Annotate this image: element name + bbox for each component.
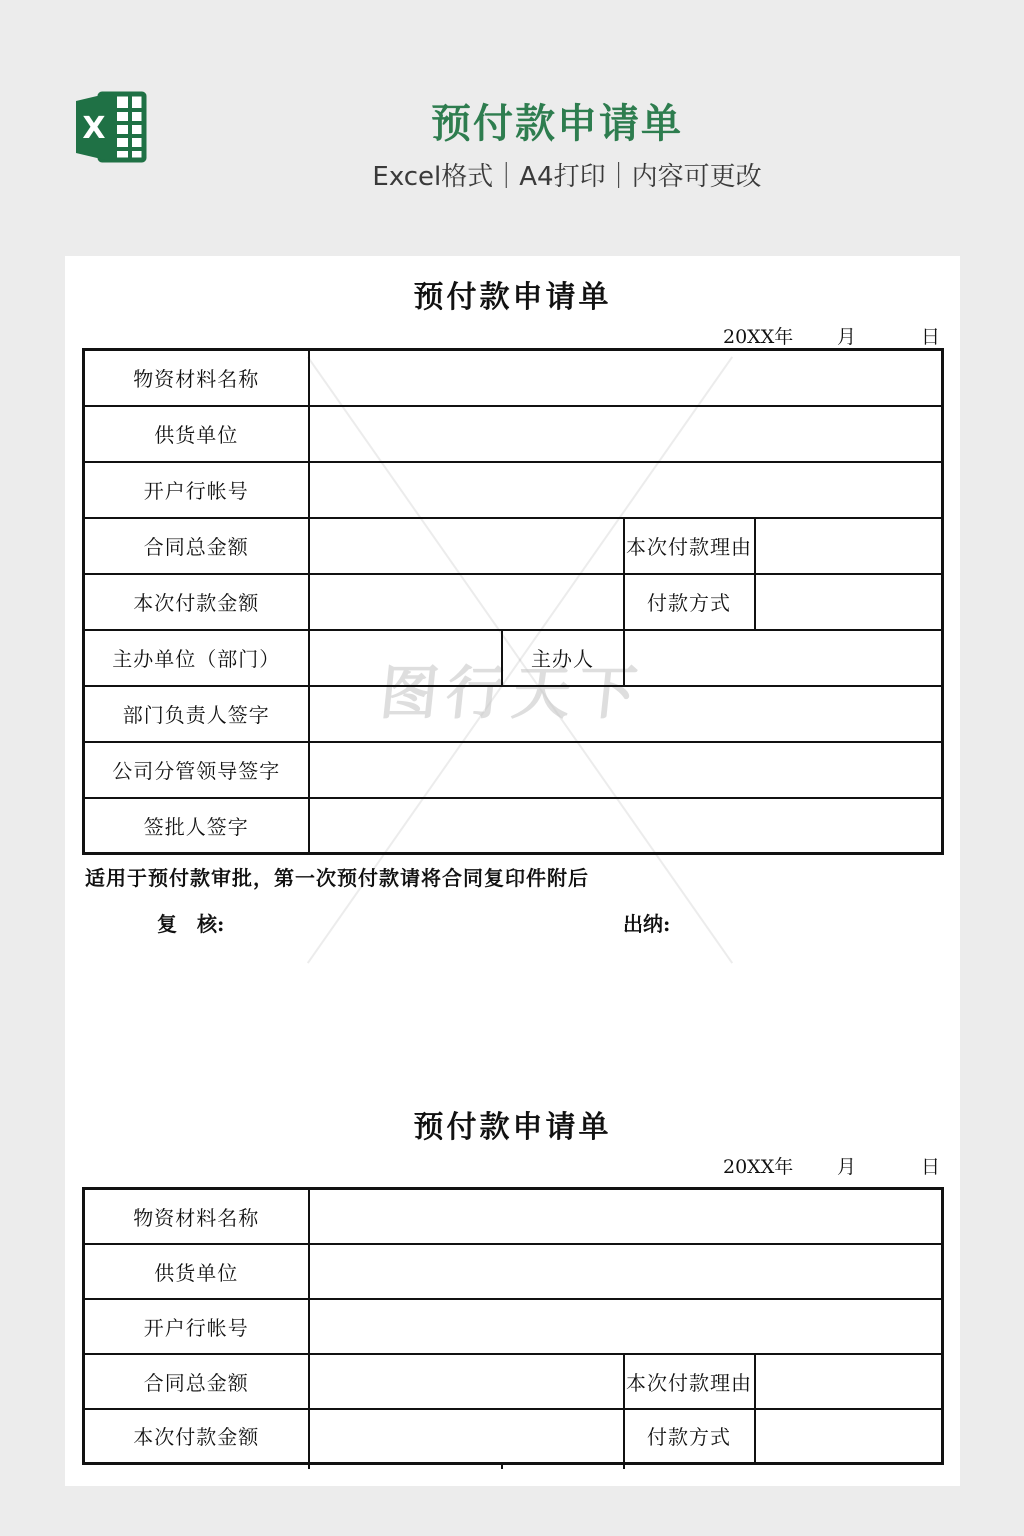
date-year: 20XX年 <box>723 322 793 349</box>
row-label-secondary: 主办人 <box>502 630 624 686</box>
value-cell <box>309 574 624 630</box>
table-row: 开户行帐号 <box>84 1299 943 1354</box>
form-title: 预付款申请单 <box>65 272 960 316</box>
cutoff-row-divider <box>308 1465 310 1469</box>
row-label: 主办单位（部门） <box>84 630 309 686</box>
date-month: 月 <box>837 322 856 349</box>
row-label: 签批人签字 <box>84 798 309 854</box>
table-row: 本次付款金额 付款方式 <box>84 574 943 630</box>
cutoff-row-divider <box>623 1465 625 1469</box>
row-label-secondary: 付款方式 <box>624 1409 755 1464</box>
table-row: 主办单位（部门） 主办人 <box>84 630 943 686</box>
row-label: 公司分管领导签字 <box>84 742 309 798</box>
value-cell <box>309 518 624 574</box>
row-label: 物资材料名称 <box>84 350 309 406</box>
row-label: 部门负责人签字 <box>84 686 309 742</box>
row-label-secondary: 本次付款理由 <box>624 1354 755 1409</box>
row-label: 本次付款金额 <box>84 574 309 630</box>
payment-form-table: 物资材料名称 供货单位 开户行帐号 合同总金额 本次付款理由 本次付款金额 付款… <box>82 348 944 855</box>
date-day: 日 <box>921 322 940 349</box>
row-label: 本次付款金额 <box>84 1409 309 1464</box>
date-month: 月 <box>837 1152 856 1179</box>
table-row: 物资材料名称 <box>84 350 943 406</box>
value-cell <box>309 406 943 462</box>
table-row: 合同总金额 本次付款理由 <box>84 518 943 574</box>
template-preview-page: X 预付款申请单 Excel格式｜A4打印｜内容可更改 图行天下 预付款申请单 … <box>0 0 1024 1536</box>
value-cell <box>309 462 943 518</box>
row-label: 合同总金额 <box>84 1354 309 1409</box>
value-cell <box>755 518 943 574</box>
value-cell <box>309 742 943 798</box>
value-cell <box>309 1299 943 1354</box>
row-label: 开户行帐号 <box>84 1299 309 1354</box>
row-label: 开户行帐号 <box>84 462 309 518</box>
value-cell <box>755 1354 943 1409</box>
value-cell <box>309 630 502 686</box>
form-note: 适用于预付款审批，第一次预付款请将合同复印件附后 <box>85 862 589 891</box>
table-row: 签批人签字 <box>84 798 943 854</box>
table-row: 供货单位 <box>84 406 943 462</box>
table-row: 开户行帐号 <box>84 462 943 518</box>
table-row: 公司分管领导签字 <box>84 742 943 798</box>
date-day: 日 <box>921 1152 940 1179</box>
value-cell <box>309 1189 943 1244</box>
row-label: 合同总金额 <box>84 518 309 574</box>
value-cell <box>755 1409 943 1464</box>
row-label: 供货单位 <box>84 1244 309 1299</box>
payment-form-table-copy: 物资材料名称 供货单位 开户行帐号 合同总金额 本次付款理由 本次付款金额 付款… <box>82 1187 944 1465</box>
cashier-label: 出纳: <box>623 908 670 937</box>
value-cell <box>624 630 943 686</box>
row-label-secondary: 付款方式 <box>624 574 755 630</box>
cutoff-row-divider <box>501 1465 503 1469</box>
row-label-secondary: 本次付款理由 <box>624 518 755 574</box>
value-cell <box>309 1354 624 1409</box>
reviewer-label: 复 核: <box>157 908 224 937</box>
table-row: 部门负责人签字 <box>84 686 943 742</box>
row-label: 物资材料名称 <box>84 1189 309 1244</box>
page-title: 预付款申请单 <box>90 92 1024 149</box>
value-cell <box>309 1409 624 1464</box>
value-cell <box>309 1244 943 1299</box>
table-row: 供货单位 <box>84 1244 943 1299</box>
row-label: 供货单位 <box>84 406 309 462</box>
value-cell <box>309 686 943 742</box>
value-cell <box>309 798 943 854</box>
value-cell <box>755 574 943 630</box>
page-subtitle: Excel格式｜A4打印｜内容可更改 <box>110 156 1024 193</box>
table-row: 物资材料名称 <box>84 1189 943 1244</box>
document-card: 图行天下 预付款申请单 20XX年 月 日 物资材料名称 供货单位 开户行帐号 … <box>65 256 960 1486</box>
table-row: 合同总金额 本次付款理由 <box>84 1354 943 1409</box>
date-year: 20XX年 <box>723 1152 793 1179</box>
table-row: 本次付款金额 付款方式 <box>84 1409 943 1464</box>
value-cell <box>309 350 943 406</box>
form-title: 预付款申请单 <box>65 1102 960 1146</box>
